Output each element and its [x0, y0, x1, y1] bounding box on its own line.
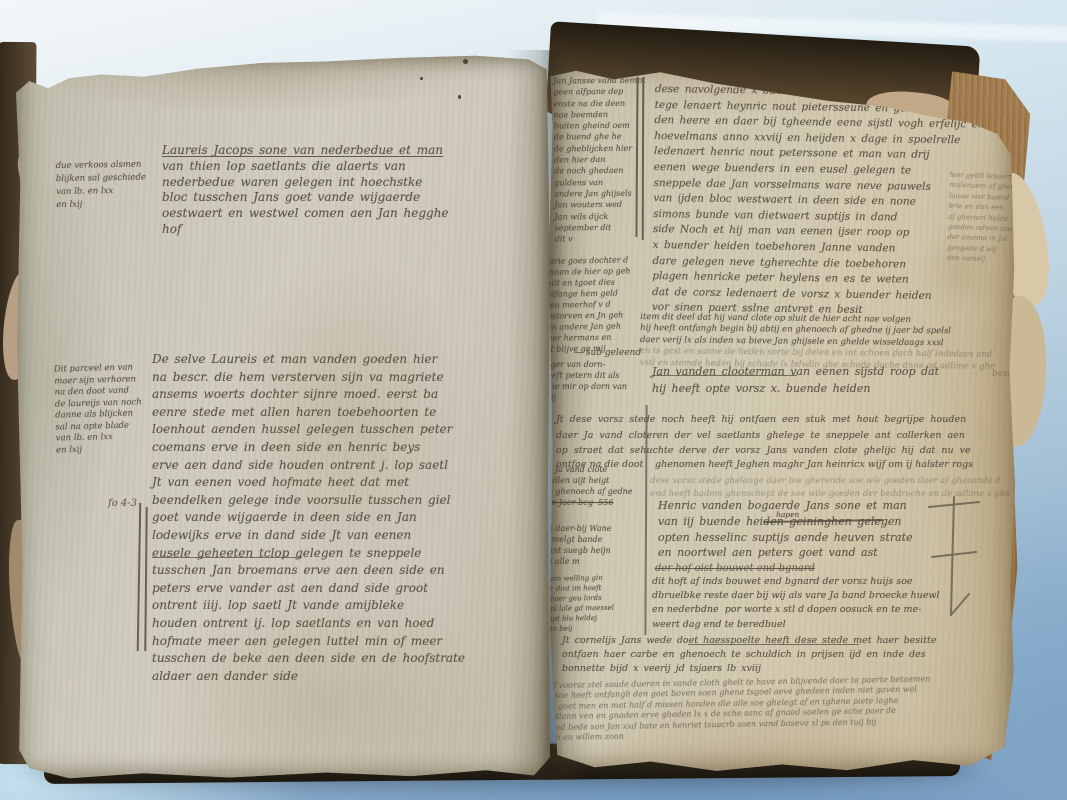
handwritten-line: de noch ghedaen: [554, 165, 650, 177]
right-entry-5: Jt cornelijs Jans wede doet haesspoelte …: [562, 634, 1012, 675]
handwritten-line: en lxij: [56, 197, 176, 212]
handwritten-line: goet vande wijgaerde in deen side en Jan: [152, 509, 492, 527]
handwritten-line: en beij: [548, 622, 644, 634]
handwritten-line: Jan wils dijck: [554, 210, 650, 222]
handwritten-line: dbruelbke reste daer bij wij als vare Ja…: [652, 589, 1002, 603]
struck-through-line: der hof oist bouwet end bgnard: [655, 563, 815, 574]
gutter-margin-notes-top: Jan Jansse vand bemptgeen alfpane depens…: [553, 75, 650, 245]
handwritten-line: tusschen de beke aen deen side en de hoo…: [152, 650, 492, 668]
handwritten-line: den hier dan: [554, 154, 650, 166]
handwritten-line: va alle m: [543, 556, 643, 567]
handwritten-line: va Ja vand clote: [543, 464, 643, 475]
handwritten-line: Jt cornelijs Jans wede doet haesspoelte …: [562, 634, 1012, 648]
photo-of-open-manuscript: due verkoos alsmenblijken sal geschiedev…: [0, 0, 1067, 800]
handwritten-line: op straet dat sehuchte derve der vorsz J…: [556, 443, 1008, 459]
handwritten-line: eusele geheeten tclop gelegen te sneppel…: [152, 545, 492, 563]
entry-3-wrap-main: ghenomen heeft Jeghen maghr Jan heinricx…: [655, 459, 973, 470]
ink-speck: [463, 59, 468, 64]
handwritten-line: beendelken gelege inde voorsulle tussche…: [152, 492, 492, 510]
handwritten-line: ontfaen haer carbe en ghenoech te schuld…: [562, 648, 1012, 662]
left-entry-2: De selve Laureis et man vanden goeden hi…: [152, 351, 492, 685]
handwritten-line: stellen uijt heigt: [543, 475, 643, 486]
handwritten-line: heeft petern dit als: [542, 370, 646, 381]
gutter-margin-notes-mid: Marie goes dochter dbinnen de hier op ge…: [541, 254, 647, 355]
handwritten-line: gant suegb heijn: [543, 545, 643, 556]
right-entry-2: Jan vanden clooterman van eenen sijstd r…: [652, 363, 982, 397]
left-manuscript-page: due verkoos alsmenblijken sal geschiedev…: [16, 55, 550, 779]
ink-speck: [420, 77, 423, 80]
handwritten-line: buiten gheind oem: [554, 120, 650, 132]
handwritten-line: ansems woerts dochter sijnre moed. eerst…: [152, 386, 492, 404]
handwritten-line: hij heeft opte vorsz x. buende heiden: [652, 380, 982, 397]
margin-bracket-rule: [644, 405, 647, 635]
handwritten-line: tusschen Jan broemans erve aen deen side…: [152, 562, 492, 580]
bottom-faded-entry: Jt af voorsz stel soude dueren in vande …: [539, 673, 1018, 744]
handwritten-line: guldens van: [554, 176, 650, 188]
handwritten-line: nederbedue waren gelegen int hoechstke: [162, 175, 462, 191]
handwritten-line: Jt dese vorsz stede noch heeft hij ontfa…: [556, 412, 1008, 428]
handwritten-line: houden ontrent ij. lop saetlants en van …: [152, 615, 492, 633]
handwritten-line: van thien lop saetlants die alaerts van: [162, 159, 462, 175]
handwritten-line: romelgt bande: [543, 534, 643, 545]
handwritten-line: dese vorsz stede ghelange daer toe ghere…: [650, 475, 1010, 488]
handwritten-line: Jan wouters wed: [554, 199, 650, 211]
interlinear-insert-word: hapen: [776, 510, 799, 519]
handwritten-line: dit hoft af inds bouwet end bgnard der v…: [652, 575, 1002, 589]
gutter-margin-notes-entry4: en daer-bij Waneromelgt bandegant suegb …: [543, 523, 643, 567]
handwritten-line: hof: [162, 222, 462, 238]
left-margin-note-top: due verkoos alsmenblijken sal geschiedev…: [56, 158, 177, 212]
handwritten-line: ontrent iiij. lop saetl Jt vande amijble…: [152, 597, 492, 615]
handwritten-line: eenre stede met allen haren toebehoorten…: [152, 404, 492, 422]
right-manuscript-page: xlj Jan Jansse vand bemptgeen alfpane de…: [548, 55, 1016, 773]
handwritten-line: peters erve vander ast aen dand side gro…: [152, 580, 492, 598]
right-margin-note: hier geldt lenaert hopmulenaers af ghetl…: [946, 170, 1021, 266]
margin-bracket-rule: [144, 507, 147, 651]
handwritten-line: loenhout aenden hussel gelegen tusschen …: [152, 421, 492, 439]
handwritten-line: en daer-bij Wane: [543, 523, 643, 534]
handwritten-line: enste na die deen: [553, 97, 649, 109]
handwritten-line: geen alfpane dep: [553, 86, 649, 98]
right-entry-3: Jt dese vorsz stede noch heeft hij ontfa…: [556, 412, 1008, 459]
handwritten-line: Jt van eenen voed hofmate heet dat met: [152, 474, 492, 492]
gutter-margin-notes-low: Jnger van dorn-heeft petern dit alsblue …: [542, 359, 646, 403]
handwritten-line: lodewijks erve in dand side Jt van eenen: [152, 527, 492, 545]
handwritten-line: erve aen dand side houden ontrent j. lop…: [152, 457, 492, 475]
handwritten-line: de buend ghe he: [554, 131, 650, 143]
handwritten-line: de gheblijcken hier: [554, 142, 650, 154]
handwritten-line: en ghenoech af gedne: [543, 486, 643, 497]
handwritten-line: prij: [542, 392, 646, 403]
handwritten-line: De selve Laureis et man vanden goeden hi…: [152, 351, 492, 369]
handwritten-line: en nederbdne por worte x stl d dopen oos…: [652, 603, 1002, 617]
right-entry-4-continuation: dit hoft af inds bouwet end bgnard der v…: [652, 575, 1002, 632]
margin-bracket-rule: [137, 503, 141, 651]
handwritten-line: oestwaert en westwel comen aen Jan heggh…: [162, 206, 462, 222]
handwritten-line: weert dag end te beredbuel: [652, 618, 1002, 632]
handwritten-line: hofmate meer aen gelegen luttel min of m…: [152, 633, 492, 651]
handwritten-line: Am Jaer-beg 556: [543, 497, 643, 508]
handwritten-line: andere Jan ghijsels: [554, 188, 650, 200]
gutter-sub-note: — sub geleend: [574, 348, 641, 358]
left-entry-1: Laureis Jacops sone van nederbedue et ma…: [162, 143, 462, 238]
handwritten-line: na bescr. die hem versterven sijn va mag…: [152, 369, 492, 387]
handwritten-line: binnen de hier op geh: [541, 265, 645, 278]
handwritten-line: bloc tusschen Jans goet vande wijgaerde: [162, 190, 462, 206]
handwritten-line: september dit: [555, 221, 651, 233]
handwritten-line: Jan vanden clooterman van eenen sijstd r…: [652, 363, 982, 380]
handwritten-line: Jnger van dorn-: [542, 359, 646, 370]
handwritten-line: nae beemden: [554, 108, 650, 120]
handwritten-line: aldaer aen dander side: [152, 668, 492, 686]
handwritten-line: coemans erve in deen side en henric beys: [152, 439, 492, 457]
handwritten-line: blue mir op dorn van: [542, 381, 646, 392]
folio-reference-mark: fo 4-3: [108, 498, 137, 509]
ink-speck: [458, 95, 461, 99]
handwritten-line: Laureis Jacops sone van nederbedue et ma…: [162, 143, 462, 159]
handwritten-line: daer Ja vand cloteren der vel saetlants …: [556, 428, 1008, 444]
gutter-margin-notes-small: Jam welling gin+ dint im hoeftmaer geu l…: [547, 572, 644, 634]
gutter-margin-notes-entry3: va Ja vand clotestellen uijt heigten ghe…: [543, 464, 643, 508]
handwritten-line: dit v: [555, 233, 651, 245]
